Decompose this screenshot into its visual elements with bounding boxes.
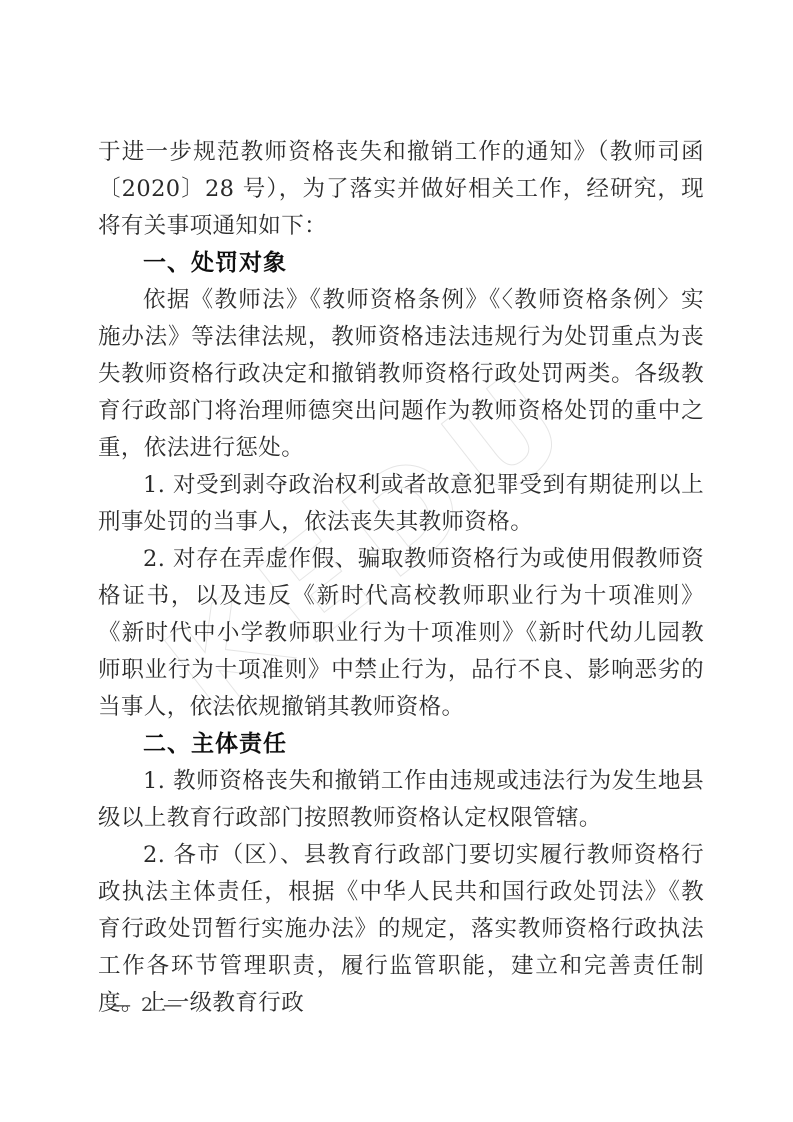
section-heading-2: 二、主体责任 bbox=[98, 726, 704, 763]
paragraph-item-2-revoke: 2. 对存在弄虚作假、骗取教师资格行为或使用假教师资格证书，以及违反《新时代高校… bbox=[98, 541, 704, 726]
paragraph-responsibility-2: 2. 各市（区）、县教育行政部门要切实履行教师资格行政执法主体责任，根据《中华人… bbox=[98, 837, 704, 1022]
paragraph-responsibility-1: 1. 教师资格丧失和撤销工作由违规或违法行为发生地县级以上教育行政部门按照教师资… bbox=[98, 763, 704, 837]
document-body: 于进一步规范教师资格丧失和撤销工作的通知》（教师司函〔2020〕28 号），为了… bbox=[98, 134, 704, 1022]
paragraph-basis: 依据《教师法》《教师资格条例》《〈教师资格条例〉实施办法》等法律法规，教师资格违… bbox=[98, 282, 704, 467]
paragraph-intro-continued: 于进一步规范教师资格丧失和撤销工作的通知》（教师司函〔2020〕28 号），为了… bbox=[98, 134, 704, 245]
page-number: — 2 — bbox=[112, 994, 184, 1016]
section-heading-1: 一、处罚对象 bbox=[98, 245, 704, 282]
paragraph-item-1-loss: 1. 对受到剥夺政治权利或者故意犯罪受到有期徒刑以上刑事处罚的当事人，依法丧失其… bbox=[98, 467, 704, 541]
document-page: KEDU 于进一步规范教师资格丧失和撤销工作的通知》（教师司函〔2020〕28 … bbox=[0, 0, 793, 1122]
